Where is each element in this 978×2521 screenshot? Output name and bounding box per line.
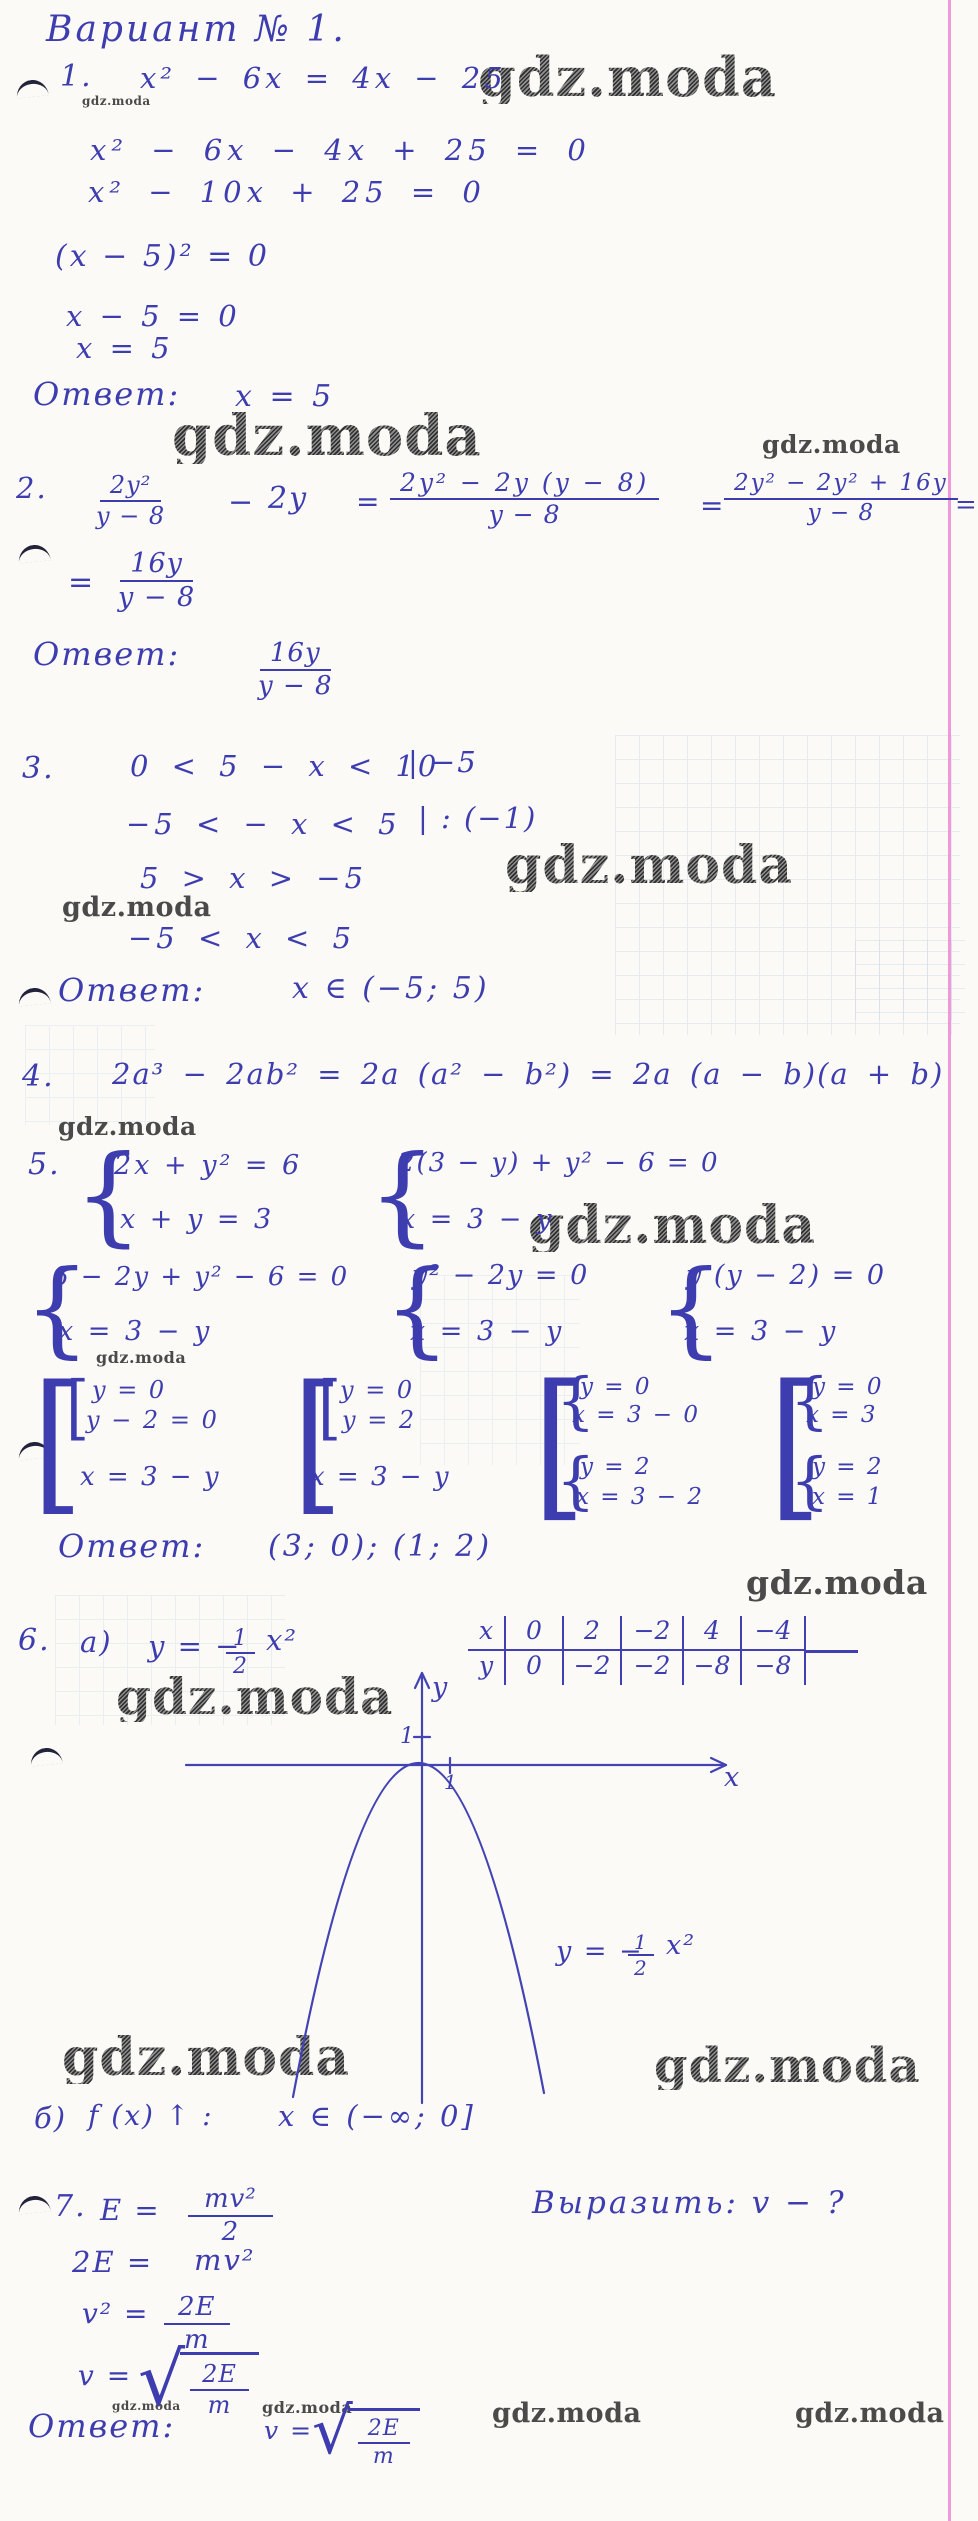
fraction-numerator: 16y xyxy=(120,550,193,582)
x-axis-tick-label: 1 xyxy=(444,1772,459,1792)
problem-3-line: 0 < 5 − x < 10 xyxy=(130,752,440,781)
equals-sign: = xyxy=(68,568,95,598)
system-equation: 2x + y² = 6 xyxy=(114,1152,302,1179)
y-axis-label: y xyxy=(432,1674,449,1701)
watermark-gdz-moda: gdz.moda xyxy=(795,2400,944,2427)
fraction-numerator: 2E xyxy=(164,2294,230,2325)
case-equation: y = 2 xyxy=(342,1408,416,1432)
term-2y: 2y xyxy=(268,484,308,514)
watermark-gdz-moda: gdz.moda xyxy=(746,1566,928,1599)
case-equation: y = 2 xyxy=(580,1456,652,1479)
fraction-numerator: 2y² − 2y² + 16y xyxy=(724,472,958,500)
problem-4-number: 4. xyxy=(22,1062,55,1092)
problem-5-answer: (3; 0); (1; 2) xyxy=(268,1532,492,1562)
watermark-gdz-moda: gdz.moda xyxy=(172,408,482,464)
system-equation: x + y = 3 xyxy=(120,1206,274,1233)
case-equation: x = 3 xyxy=(806,1404,878,1427)
curve-label: x² xyxy=(666,1932,696,1959)
system-equation: x = 3 − y xyxy=(400,1206,554,1233)
fraction-denominator: y − 8 xyxy=(258,671,333,699)
page-title: Вариант № 1. xyxy=(46,12,347,48)
system-equation: x = 3 − y xyxy=(410,1318,564,1345)
case-equation: y = 0 xyxy=(580,1376,652,1399)
part-b-label: б) xyxy=(34,2104,67,2133)
answer-label: Ответ: xyxy=(28,2410,175,2442)
problem-3-number: 3. xyxy=(22,754,55,784)
fraction-denominator: m xyxy=(208,2391,232,2417)
fraction-numerator: 2y² − 2y (y − 8) xyxy=(390,470,659,500)
problem-1-number: 1. xyxy=(60,62,93,92)
system-equation: x = 3 − y xyxy=(58,1318,212,1345)
watermark-gdz-moda: gdz.moda xyxy=(505,840,793,892)
watermark-gdz-moda: gdz.moda xyxy=(528,1200,816,1252)
system-equation: 6 − 2y + y² − 6 = 0 xyxy=(52,1264,349,1290)
case-equation: y = 0 xyxy=(812,1376,884,1399)
answer-label: Ответ: xyxy=(58,974,205,1006)
fraction-denominator: m xyxy=(184,2325,210,2353)
answer-label: Ответ: xyxy=(58,1530,205,1562)
teacher-check-mark xyxy=(29,1746,63,1766)
problem-1-line: x − 5 = 0 xyxy=(66,302,241,331)
system-equation: 2(3 − y) + y² − 6 = 0 xyxy=(398,1150,720,1176)
case-equation: x = 3 − 2 xyxy=(576,1486,704,1509)
teacher-check-mark xyxy=(17,986,51,1006)
problem-7-number: 7. xyxy=(54,2192,87,2222)
problem-3-line: −5 < x < 5 xyxy=(128,924,355,953)
problem-5-number: 5. xyxy=(28,1150,61,1180)
x-axis-label: x xyxy=(724,1764,741,1791)
formula-lhs: E = xyxy=(100,2196,161,2225)
system-equation: x = 3 − y xyxy=(684,1318,838,1345)
y-axis-tick-label: 1 xyxy=(400,1726,416,1748)
watermark-gdz-moda: gdz.moda xyxy=(82,95,151,107)
operation-note: | : (−1) xyxy=(418,804,537,833)
fraction-denominator: y − 8 xyxy=(489,500,561,527)
fraction-numerator: 1 xyxy=(628,1932,654,1956)
answer-label: Ответ: xyxy=(33,378,180,410)
problem-1-line: x = 5 xyxy=(76,334,174,363)
teacher-check-mark xyxy=(17,543,51,563)
watermark-gdz-moda: gdz.moda xyxy=(96,1350,186,1366)
square-root: √2Em xyxy=(312,2408,420,2468)
fraction: 12 xyxy=(628,1932,654,1978)
case-equation: y = 0 xyxy=(92,1378,166,1402)
notebook-margin-line xyxy=(948,0,951,2521)
case-equation: x = 3 − y xyxy=(80,1464,221,1490)
fraction-denominator: 2 xyxy=(222,2217,240,2245)
table-line-extension xyxy=(806,1650,858,1653)
equals-sign: = xyxy=(955,492,978,518)
parabola-graph xyxy=(150,1645,790,2123)
derivation-line: v = xyxy=(78,2362,132,2390)
fraction: 2y²y − 8 xyxy=(96,473,165,528)
watermark-gdz-moda: gdz.moda xyxy=(762,432,901,457)
problem-6-number: 6. xyxy=(18,1626,51,1656)
problem-3-answer: x ∈ (−5; 5) xyxy=(292,974,490,1004)
problem-3-line: −5 < − x < 5 xyxy=(126,810,401,839)
fraction-numerator: 16y xyxy=(260,640,331,671)
fraction-numerator: 2E xyxy=(358,2418,410,2444)
fraction: 2y² − 2y² + 16yy − 8 xyxy=(724,472,958,525)
equals-sign: = xyxy=(700,492,725,520)
problem-1-answer: x = 5 xyxy=(235,382,335,412)
watermark-gdz-moda: gdz.moda xyxy=(62,894,211,921)
fraction-numerator: 2y² xyxy=(100,473,161,502)
fraction-denominator: y − 8 xyxy=(118,582,195,611)
task-note: Выразить: v − ? xyxy=(532,2188,847,2219)
fraction: 16yy − 8 xyxy=(118,550,195,611)
part-a-label: а) xyxy=(80,1628,113,1657)
derivation-line: v² = xyxy=(82,2300,149,2328)
system-equation: y² − 2y = 0 xyxy=(412,1262,589,1289)
teacher-check-mark xyxy=(17,2194,51,2214)
radical-sign: √ xyxy=(312,2408,353,2458)
teacher-check-mark xyxy=(15,78,49,98)
domain-interval: x ∈ (−∞; 0] xyxy=(278,2102,476,2131)
fraction-numerator: 2E xyxy=(190,2362,249,2391)
problem-2-answer: 16yy − 8 xyxy=(258,640,333,699)
problem-1-line: x² − 6x = 4x − 25 xyxy=(140,64,507,93)
case-equation: x = 3 − y xyxy=(310,1464,451,1490)
operation-note: | −5 xyxy=(408,748,478,777)
problem-1-line: (x − 5)² = 0 xyxy=(55,242,270,272)
derivation-line: 2E = xyxy=(72,2248,153,2277)
fraction-denominator: y − 8 xyxy=(96,502,165,528)
case-equation: y − 2 = 0 xyxy=(86,1408,219,1432)
problem-7-answer: v = xyxy=(264,2418,313,2443)
watermark-gdz-moda: gdz.moda xyxy=(492,2400,641,2427)
fraction: mv²2 xyxy=(188,2186,273,2245)
problem-2-number: 2. xyxy=(16,474,48,503)
problem-1-line: x² − 10x + 25 = 0 xyxy=(88,178,486,207)
problem-3-line: 5 > x > −5 xyxy=(140,864,367,893)
derivation-line: mv² xyxy=(194,2246,256,2275)
case-equation: x = 3 − 0 xyxy=(572,1404,700,1427)
parabola-curve xyxy=(293,1763,544,2097)
fraction-denominator: m xyxy=(373,2444,395,2468)
notebook-page: Вариант № 1. gdz.moda gdz.moda gdz.moda … xyxy=(0,0,978,2521)
fraction: 2y² − 2y (y − 8)y − 8 xyxy=(390,470,659,527)
problem-4-line: 2a³ − 2ab² = 2a (a² − b²) = 2a (a − b)(a… xyxy=(112,1060,944,1089)
system-equation: y (y − 2) = 0 xyxy=(686,1262,886,1289)
case-equation: x = 1 xyxy=(812,1486,884,1509)
fraction-numerator: mv² xyxy=(188,2186,273,2217)
watermark-gdz-moda: gdz.moda xyxy=(478,50,777,104)
equals-sign: = xyxy=(356,488,381,516)
monotonicity-note: f (x) ↑ : xyxy=(88,2102,214,2130)
fraction-denominator: 2 xyxy=(634,1956,648,1978)
fraction-denominator: y − 8 xyxy=(808,500,875,525)
case-equation: y = 2 xyxy=(812,1456,884,1479)
system-bracket: [ xyxy=(318,1372,341,1442)
answer-label: Ответ: xyxy=(33,638,180,670)
case-equation: y = 0 xyxy=(340,1378,414,1402)
minus-sign: − xyxy=(228,488,255,518)
radical-sign: √ xyxy=(138,2352,185,2410)
problem-1-line: x² − 6x − 4x + 25 = 0 xyxy=(90,136,591,165)
